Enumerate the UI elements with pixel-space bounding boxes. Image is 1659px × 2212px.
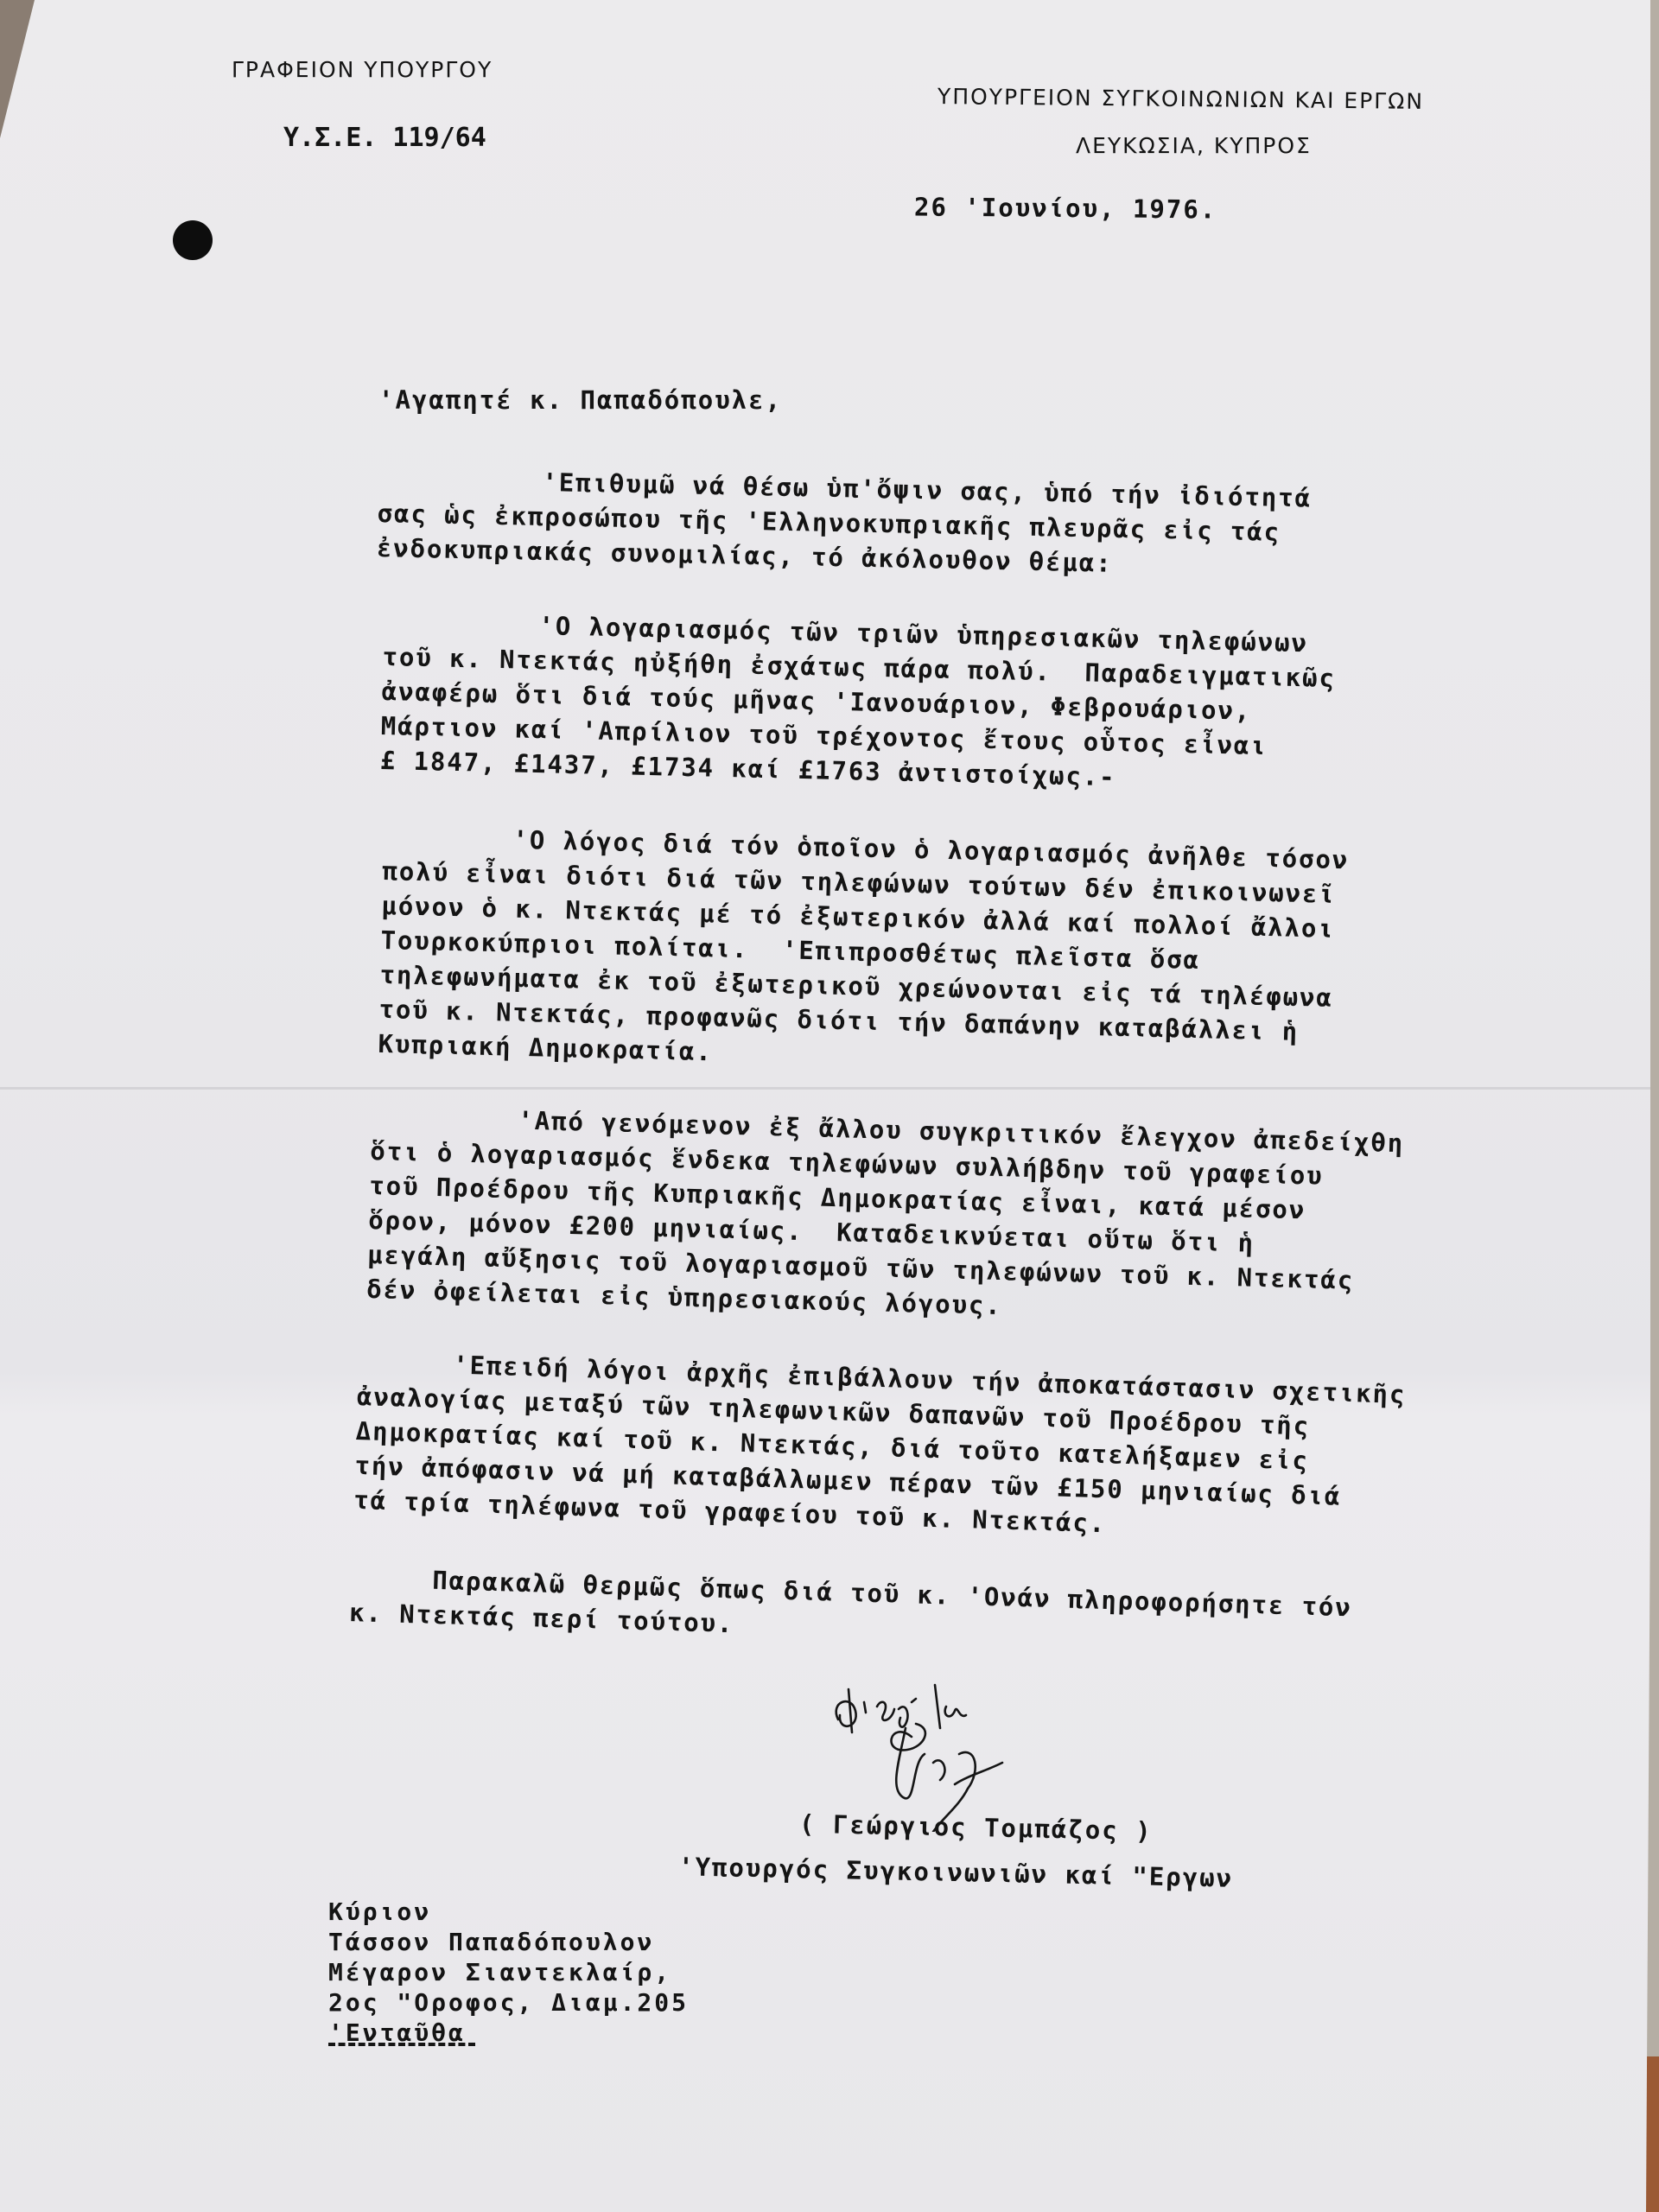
signatory-title: 'Υπουργός Συγκοινωνιῶν καί "Εργων [678, 1852, 1234, 1892]
address-line: Μέγαρον Σιαντεκλαίρ, [328, 1957, 689, 1987]
recipient-address: Κύριον Τάσσον Παπαδόπουλον Μέγαρον Σιαντ… [328, 1897, 689, 2046]
punch-hole [173, 220, 213, 260]
handwritten-signature [829, 1668, 1106, 1832]
salutation: 'Αγαπητέ κ. Παπαδόπουλε, [378, 385, 782, 415]
paper-fold [0, 1087, 1650, 1090]
office-heading: ΓΡΑΦΕΙΟΝ ΥΠΟΥΡΓΟΥ [232, 57, 493, 82]
paragraph-3: 'Ο λόγος διά τόν ὁποῖον ὁ λογαριασμός ἀν… [378, 819, 1506, 1089]
address-line: Τάσσον Παπαδόπουλον [328, 1927, 689, 1957]
signature-icon [829, 1668, 1106, 1832]
ministry-location: ΛΕΥΚΩΣΙΑ, ΚΥΠΡΟΣ [1076, 133, 1312, 158]
address-line: Κύριον [328, 1897, 689, 1927]
ministry-heading: ΥΠΟΥΡΓΕΙΟΝ ΣΥΓΚΟΙΝΩΝΙΩΝ ΚΑΙ ΕΡΓΩΝ [938, 84, 1424, 114]
reference-number: Υ.Σ.Ε. 119/64 [283, 123, 486, 153]
address-line: 'Ενταῦθα [328, 2018, 689, 2048]
paragraph-2: 'Ο λογαριασμός τῶν τριῶν ὑπηρεσιακῶν τηλ… [379, 605, 1506, 803]
paragraph-1: 'Επιθυμῶ νά θέσω ὑπ'ὄψιν σας, ὑπό τήν ἰδ… [376, 461, 1501, 588]
address-line: 2ος "Οροφος, Διαμ.205 [328, 1987, 689, 2018]
paragraph-4: 'Από γενόμενον ἐξ ἄλλου συγκριτικόν ἔλεγ… [366, 1099, 1495, 1336]
letter-page: ΓΡΑΦΕΙΟΝ ΥΠΟΥΡΓΟΥ Υ.Σ.Ε. 119/64 ΥΠΟΥΡΓΕΙ… [0, 0, 1650, 2212]
letter-date: 26 'Ιουνίου, 1976. [914, 192, 1217, 224]
signatory-name: ( Γεώργιος Τομπάζος ) [799, 1809, 1153, 1847]
paragraph-5: 'Επειδή λόγοι ἀρχῆς ἐπιβάλλουν τήν ἀποκα… [353, 1344, 1482, 1553]
paragraph-6: Παρακαλῶ θερμῶς ὅπως διά τοῦ κ. 'Ονάν πλ… [349, 1560, 1474, 1663]
